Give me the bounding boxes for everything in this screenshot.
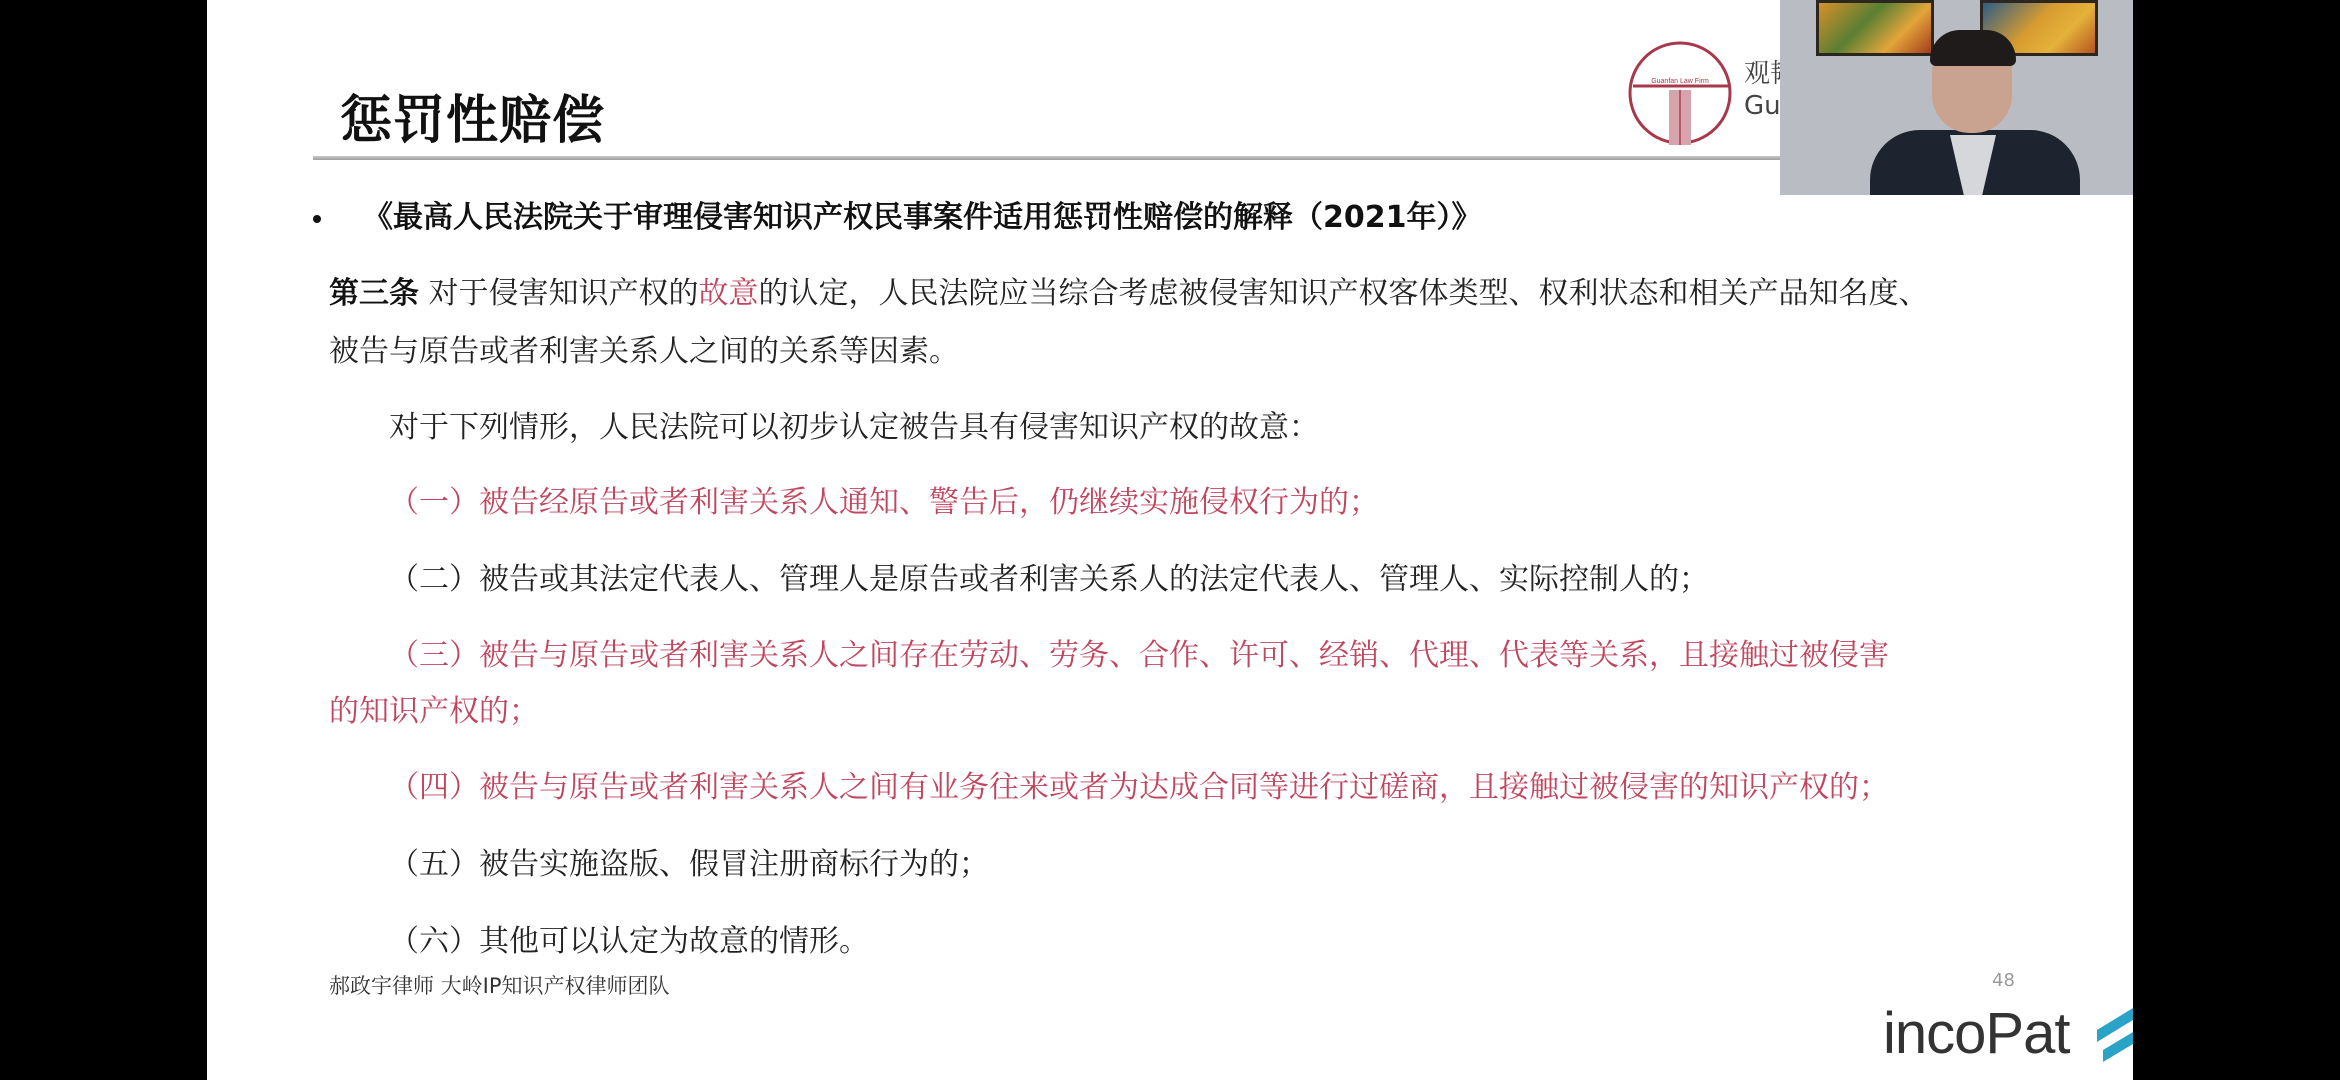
slide-title: 惩罚性赔偿 [340, 78, 605, 153]
article-line-1: 第三条 对于侵害知识产权的故意的认定，人民法院应当综合考虑被侵害知识产权客体类型… [329, 274, 1929, 314]
highlight-intent: 故意 [699, 276, 759, 311]
slide-footer: 郝政宇律师 大岭IP知识产权律师团队 [329, 970, 670, 1000]
article-label: 第三条 [329, 276, 419, 311]
incopat-logo-text: incoPat [1883, 1000, 2069, 1067]
page-number: 48 [1992, 970, 2015, 991]
list-item-5: （五）被告实施盗版、假冒注册商标行为的； [389, 845, 989, 885]
incopat-watermark: incoPat [1883, 1000, 2133, 1080]
painting-left [1816, 0, 1934, 56]
article-text-cont: 的认定，人民法院应当综合考虑被侵害知识产权客体类型、权利状态和相关产品知名度、 [759, 276, 1929, 311]
incopat-logo-icon [2095, 1006, 2133, 1066]
law-firm-logo-icon: Guanfan Law Firm [1625, 38, 1735, 148]
law-citation: 《最高人民法院关于审理侵害知识产权民事案件适用惩罚性赔偿的解释（2021年）》 [313, 198, 1482, 238]
title-divider [313, 156, 1913, 160]
intro-paragraph: 对于下列情形，人民法院可以初步认定被告具有侵害知识产权的故意： [389, 408, 1319, 448]
list-item-3-continuation: 的知识产权的； [329, 692, 539, 732]
list-item-1: （一）被告经原告或者利害关系人通知、警告后，仍继续实施侵权行为的； [389, 483, 1379, 523]
bullet-icon [313, 215, 321, 223]
list-item-6: （六）其他可以认定为故意的情形。 [389, 922, 869, 962]
presenter-hair [1930, 30, 2016, 66]
list-item-2: （二）被告或其法定代表人、管理人是原告或者利害关系人的法定代表人、管理人、实际控… [389, 560, 1709, 600]
presenter-webcam [1780, 0, 2133, 195]
list-item-4: （四）被告与原告或者利害关系人之间有业务往来或者为达成合同等进行过磋商，且接触过… [389, 768, 1889, 808]
article-text: 对于侵害知识产权的 [419, 276, 699, 311]
svg-text:Guanfan Law Firm: Guanfan Law Firm [1651, 78, 1709, 85]
citation-text: 《最高人民法院关于审理侵害知识产权民事案件适用惩罚性赔偿的解释（2021年）》 [363, 200, 1482, 235]
list-item-3: （三）被告与原告或者利害关系人之间存在劳动、劳务、合作、许可、经销、代理、代表等… [389, 636, 1889, 676]
article-line-2: 被告与原告或者利害关系人之间的关系等因素。 [329, 332, 959, 372]
